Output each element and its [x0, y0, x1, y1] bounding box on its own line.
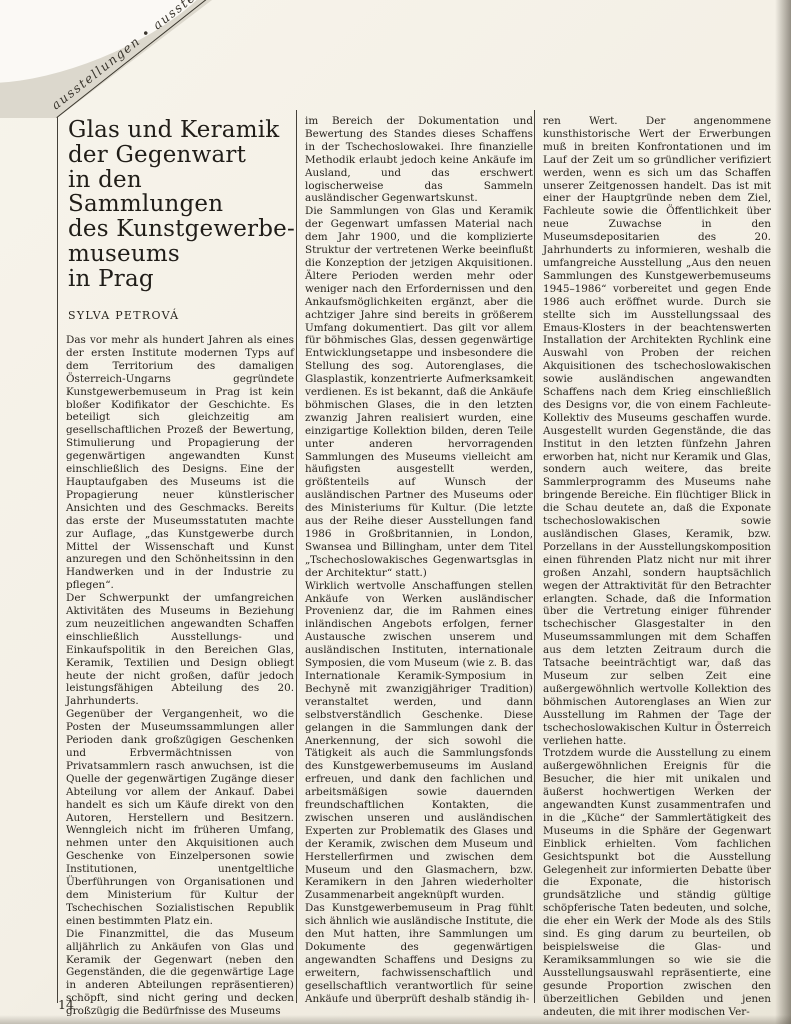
article-masthead: Glas und Keramikder Gegenwartin den Samm…	[68, 118, 300, 322]
column-rule-left	[57, 117, 58, 1003]
scan-edge-shadow-right	[775, 0, 791, 1024]
scan-edge-shadow-bottom	[0, 1015, 791, 1024]
text-column-left: Das vor mehr als hundert Jahren als eine…	[66, 334, 294, 1018]
title-line: Glas und Keramik	[68, 118, 300, 143]
title-line: der Gegenwart	[68, 143, 300, 168]
paragraph: im Bereich der Dokumentation und Bewertu…	[305, 115, 533, 205]
paragraph: Trotzdem wurde die Ausstellung zu einem …	[543, 747, 771, 1018]
paragraph: Die Finanzmittel, die das Museum alljähr…	[66, 928, 294, 1018]
page-number: 14	[58, 997, 74, 1012]
article-title: Glas und Keramikder Gegenwartin den Samm…	[68, 118, 300, 292]
paragraph: Gegenüber der Vergangenheit, wo die Post…	[66, 708, 294, 927]
title-line: museums	[68, 242, 300, 267]
paragraph: Wirklich wertvolle Anschaffungen stellen…	[305, 580, 533, 903]
text-column-middle: im Bereich der Dokumentation und Bewertu…	[305, 115, 533, 1006]
paragraph: Der Schwerpunkt der umfangreichen Aktivi…	[66, 592, 294, 708]
column-rule-right	[534, 110, 535, 1003]
paragraph: ren Wert. Der angenommene kunsthistorisc…	[543, 115, 771, 747]
magazine-page: ausstellungen • ausstellungen Glas und K…	[0, 0, 791, 1024]
title-line: des Kunstgewerbe-	[68, 217, 300, 242]
title-line: in Prag	[68, 267, 300, 292]
title-line: in den Sammlungen	[68, 168, 300, 218]
article-author: SYLVA PETROVÁ	[68, 309, 300, 322]
paragraph: Das Kunstgewerbemuseum in Prag fühlt sic…	[305, 902, 533, 1005]
paragraph: Das vor mehr als hundert Jahren als eine…	[66, 334, 294, 592]
text-column-right: ren Wert. Der angenommene kunsthistorisc…	[543, 115, 771, 1018]
paragraph: Die Sammlungen von Glas und Keramik der …	[305, 205, 533, 579]
